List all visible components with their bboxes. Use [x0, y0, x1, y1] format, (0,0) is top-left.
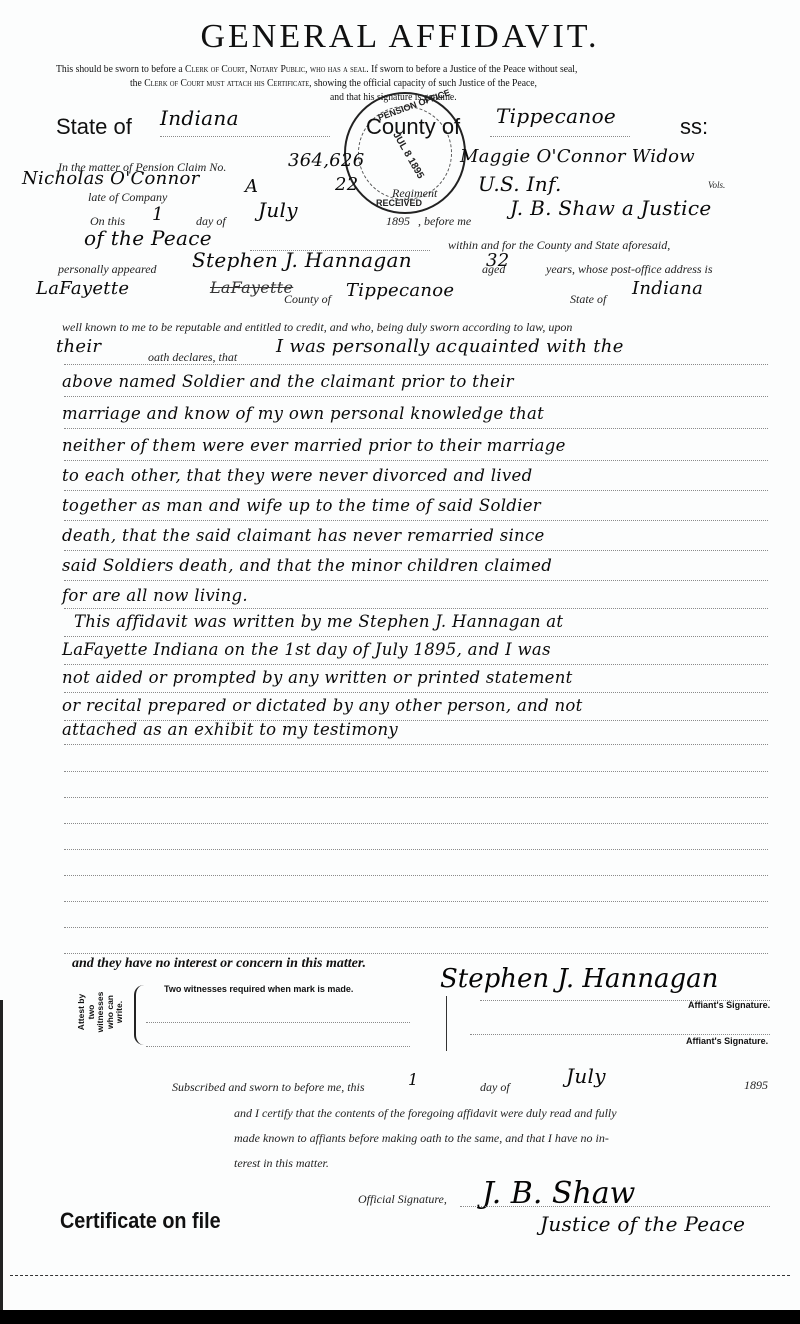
officer-name-cont: of the Peace [84, 226, 212, 250]
declaration-line: above named Soldier and the claimant pri… [62, 372, 514, 391]
company-value: A [245, 176, 258, 197]
ruled-line [64, 490, 768, 491]
regiment-value: U.S. Inf. [478, 172, 562, 196]
ruled-line [64, 520, 768, 521]
affiant-signature: Stephen J. Hannagan [440, 964, 718, 994]
before-me-label: , before me [418, 214, 471, 229]
ss-label: ss: [680, 114, 708, 140]
declaration-preamble: well known to me to be reputable and ent… [62, 320, 572, 335]
affiant-town: LaFayette [36, 278, 129, 299]
ruled-line [64, 460, 768, 461]
ruled-line [64, 636, 768, 637]
declaration-line: LaFayette Indiana on the 1st day of July… [62, 640, 551, 659]
signature-bracket [446, 996, 447, 1051]
county-of-label: County of [284, 292, 331, 307]
witness-line-2 [146, 1046, 410, 1047]
county-field-line [490, 136, 630, 137]
jurat-year: 1895 [744, 1078, 768, 1093]
appeared-label: personally appeared [58, 262, 157, 277]
state-field-line [160, 136, 330, 137]
jurat-day: 1 [408, 1070, 418, 1089]
notice-text: Clerk of Court must attach his Certifica… [144, 78, 311, 89]
declaration-line: not aided or prompted by any written or … [62, 668, 573, 687]
ruled-line [64, 875, 768, 876]
witness-line-1 [146, 1022, 410, 1023]
official-sig-label: Official Signature, [358, 1192, 447, 1207]
ruled-line [64, 580, 768, 581]
ruled-line [64, 550, 768, 551]
oath-label: oath declares, that [148, 350, 237, 365]
notice-text: showing the official capacity of such Ju… [312, 78, 537, 89]
regiment-number: 22 [335, 174, 359, 195]
years-address-label: years, whose post-office address is [546, 262, 713, 277]
affiant-sig-line-2 [470, 1034, 770, 1035]
certify-line-3: terest in this matter. [234, 1156, 329, 1171]
subscribed-label: Subscribed and sworn to before me, this [172, 1080, 365, 1095]
ruled-line [64, 823, 768, 824]
regiment-label: Regiment [392, 186, 437, 201]
declaration-line: or recital prepared or dictated by any o… [62, 696, 583, 715]
scan-edge [0, 1000, 3, 1310]
affiant-sig-label-2: Affiant's Signature. [686, 1036, 768, 1046]
notice-line-2: the Clerk of Court must attach his Certi… [130, 78, 537, 89]
sworn-year: 1895 [386, 214, 410, 229]
official-sig-line [460, 1206, 770, 1207]
county-label: County of [366, 114, 460, 140]
jurat-day-of-label: day of [480, 1080, 510, 1095]
ruled-line [64, 608, 768, 609]
declaration-line: neither of them were ever married prior … [62, 436, 566, 455]
state-value: Indiana [160, 106, 239, 130]
soldier-name: Nicholas O'Connor [22, 168, 200, 189]
certificate-stamp: Certificate on file [60, 1208, 221, 1234]
notice-text: Clerk of Court, Notary Public, who has a… [185, 64, 369, 75]
ruled-line [64, 771, 768, 772]
affiant-name: Stephen J. Hannagan [192, 248, 412, 272]
affiant-sig-label-1: Affiant's Signature. [688, 1000, 770, 1010]
affidavit-page: GENERAL AFFIDAVIT. This should be sworn … [0, 0, 800, 1310]
state-of-label: State of [570, 292, 606, 307]
declaration-line: This affidavit was written by me Stephen… [74, 612, 563, 631]
declaration-line: attached as an exhibit to my testimony [62, 720, 398, 739]
ruled-line [64, 692, 768, 693]
officer-name: J. B. Shaw a Justice [510, 196, 712, 220]
ruled-line [64, 364, 768, 365]
affiant-age: 32 [486, 250, 510, 271]
ruled-line [64, 744, 768, 745]
declaration-line: to each other, that they were never divo… [62, 466, 532, 485]
official-title: Justice of the Peace [540, 1212, 745, 1236]
notice-line-1: This should be sworn to before a Clerk o… [56, 64, 577, 75]
county-value: Tippecanoe [496, 104, 616, 128]
vols-label: Vols. [708, 180, 725, 190]
within-label: within and for the County and State afor… [448, 238, 670, 253]
notice-text: This should be sworn to before a [56, 64, 185, 75]
certify-line-2: made known to affiants before making oat… [234, 1131, 609, 1146]
witness-note: Two witnesses required when mark is made… [164, 984, 353, 994]
ruled-line [64, 849, 768, 850]
declaration-line: I was personally acquainted with the [276, 336, 624, 357]
affiant-state: Indiana [632, 278, 703, 299]
witness-brace [134, 985, 144, 1045]
declaration-line: for are all now living. [62, 586, 248, 605]
ruled-line [64, 797, 768, 798]
declaration-line: said Soldiers death, and that the minor … [62, 556, 552, 575]
declaration-line: marriage and know of my own personal kno… [62, 404, 544, 423]
state-label: State of [56, 114, 132, 140]
ruled-line [64, 901, 768, 902]
ruled-line [64, 428, 768, 429]
declaration-pronoun: their [56, 336, 101, 357]
late-of-company-label: late of Company [88, 190, 167, 205]
claimant-name: Maggie O'Connor Widow [460, 146, 695, 167]
document-title: GENERAL AFFIDAVIT. [0, 18, 800, 56]
ruled-line [64, 927, 768, 928]
declaration-line: death, that the said claimant has never … [62, 526, 545, 545]
attest-label: Attest by two witnesses who can write. [77, 987, 137, 1037]
notice-text: If sworn to before a Justice of the Peac… [369, 64, 578, 75]
jurat-month: July [566, 1064, 606, 1088]
affiant-county: Tippecanoe [346, 280, 454, 301]
ruled-line [64, 664, 768, 665]
claim-number: 364,626 [288, 150, 365, 171]
bottom-rule [10, 1275, 790, 1276]
struck-text: LaFayette [210, 278, 293, 297]
no-interest-statement: and they have no interest or concern in … [72, 956, 366, 972]
sworn-day: 1 [152, 204, 164, 225]
sworn-month: July [258, 198, 298, 222]
ruled-line [64, 953, 768, 954]
notice-text: the [130, 78, 144, 89]
ruled-line [64, 396, 768, 397]
certify-line-1: and I certify that the contents of the f… [234, 1106, 617, 1121]
declaration-line: together as man and wife up to the time … [62, 496, 541, 515]
